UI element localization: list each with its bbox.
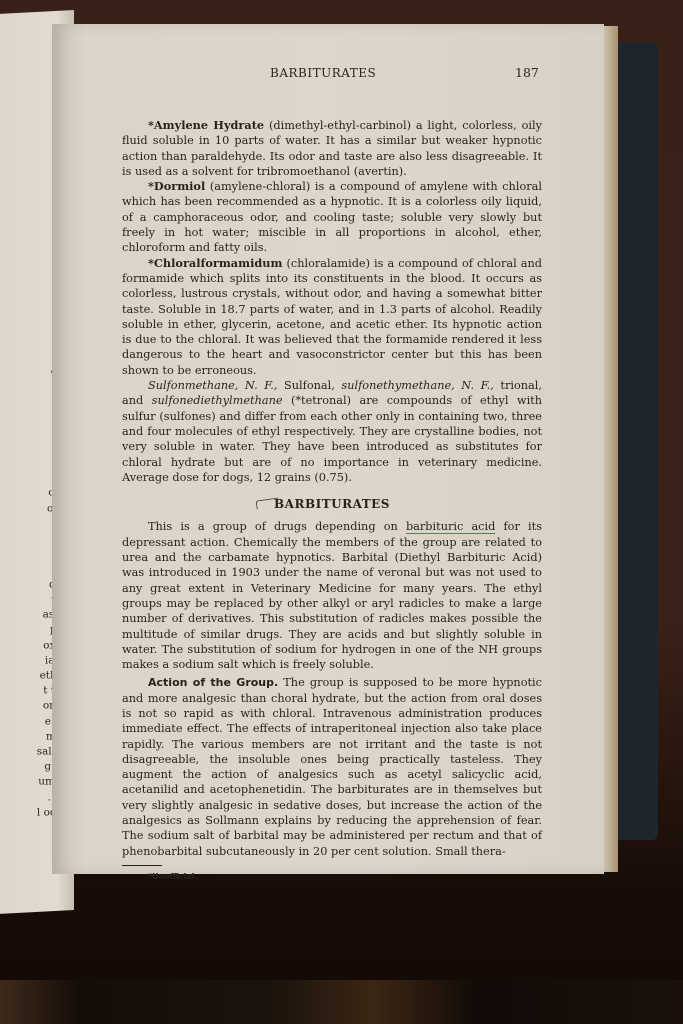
paragraph-text: Sulfonal, [278, 379, 342, 392]
book-back-cover [612, 42, 658, 840]
barbiturates-intro: This is a group of drugs depending on ba… [122, 519, 542, 672]
action-of-group-paragraph: Action of the Group. The group is suppos… [122, 675, 542, 859]
footnote: *Unofficial. [122, 869, 542, 884]
entry-term: *Dormiol [148, 179, 205, 193]
italic-term: sulfonethymethane, N. F., [341, 379, 493, 392]
entry-chloralformamidum: *Chloralformamidum (chloralamide) is a c… [122, 256, 542, 378]
entry-term: *Chloralformamidum [148, 256, 282, 270]
paragraph-text: for its depressant action. Chemically th… [122, 520, 542, 671]
underlined-term: barbituric acid [406, 520, 495, 534]
section-heading-text: BARBITURATES [274, 497, 390, 511]
floor-shadow [0, 980, 683, 1024]
entry-dormiol: *Dormiol (amylene-chloral) is a compound… [122, 179, 542, 255]
footnote-divider [122, 865, 162, 866]
italic-term: Sulfonmethane, N. F., [148, 379, 278, 392]
page-body: *Amylene Hydrate (dimethyl-ethyl-carbino… [122, 118, 542, 884]
italic-term: sulfonediethylmethane [152, 394, 283, 407]
paragraph-text: This is a group of drugs depending on [148, 520, 406, 533]
subheading: Action of the Group. [148, 676, 278, 689]
paragraph-text: The group is supposed to be more hypnoti… [122, 676, 542, 857]
entry-term: *Amylene Hydrate [148, 118, 264, 132]
section-heading: BARBITURATES [122, 497, 542, 512]
paragraph-text: (*tetronal) are compounds of ethyl with … [122, 394, 542, 483]
sulfonal-paragraph: Sulfonmethane, N. F., Sulfonal, sulfonet… [122, 378, 542, 485]
page-number: 187 [515, 65, 539, 80]
running-head: BARBITURATES [270, 66, 376, 80]
entry-amylene-hydrate: *Amylene Hydrate (dimethyl-ethyl-carbino… [122, 118, 542, 179]
entry-body: (chloralamide) is a compound of chloral … [122, 257, 542, 377]
